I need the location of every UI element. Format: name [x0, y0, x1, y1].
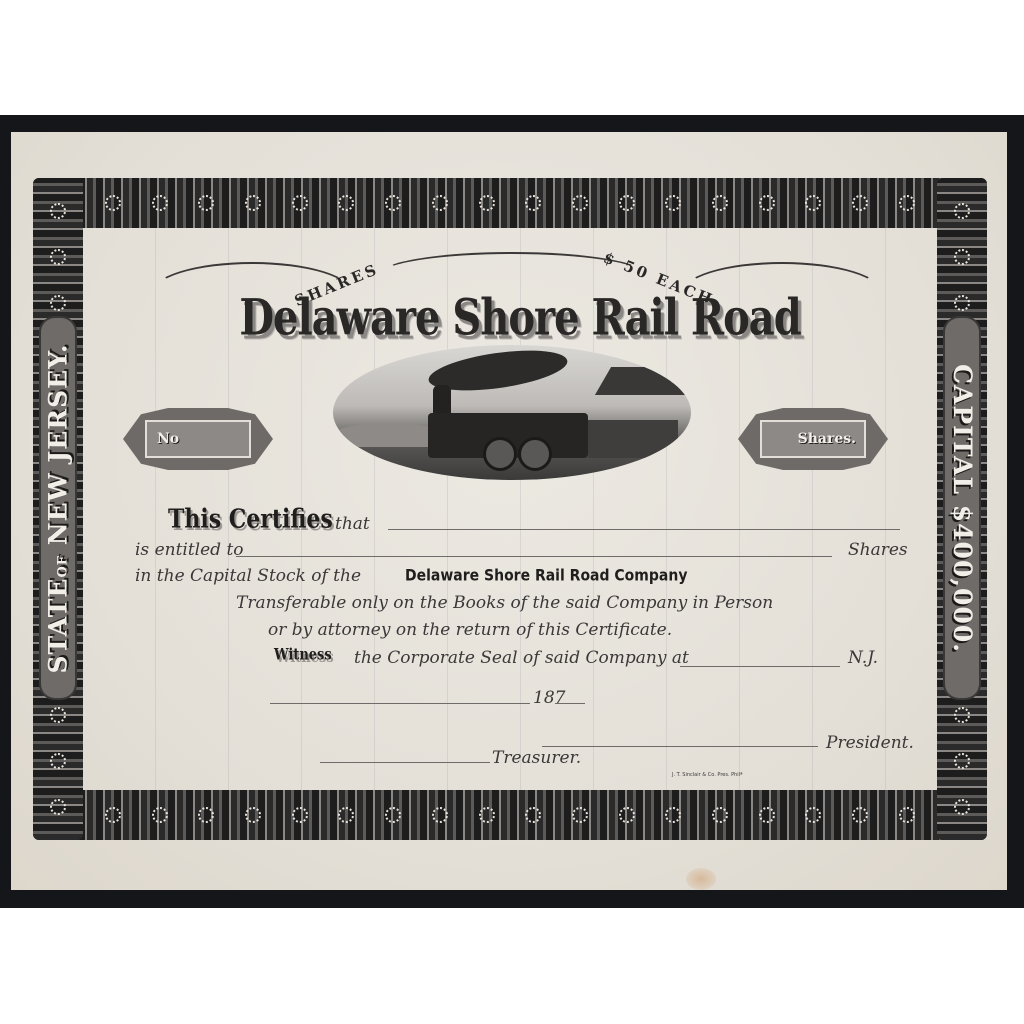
this-certifies-heading: This Certifies	[168, 503, 333, 534]
attorney-text: or by attorney on the return of this Cer…	[268, 620, 672, 640]
rosette-icon	[385, 807, 401, 823]
share-count-field[interactable]: Shares.	[760, 420, 866, 458]
rosette-icon	[899, 195, 915, 211]
paper-stain	[686, 868, 716, 890]
rosette-icon	[954, 799, 970, 815]
rosette-icon	[198, 195, 214, 211]
hills-illustration	[333, 423, 443, 447]
border-right: CAPITAL $400,000.	[937, 178, 987, 840]
rosette-row-top	[43, 178, 977, 228]
president-signature-line[interactable]	[542, 746, 818, 747]
rosette-icon	[852, 195, 868, 211]
rosette-icon	[954, 249, 970, 265]
rosette-icon	[50, 753, 66, 769]
rosette-icon	[759, 807, 775, 823]
share-count-cartouche: Shares.	[738, 398, 888, 480]
wheel-icon	[518, 437, 552, 471]
state-of-new-jersey-text: STATEOF NEW JERSEY.	[44, 343, 73, 673]
number-label: No	[157, 431, 179, 447]
state-word: STATE	[44, 577, 73, 673]
company-name-inline: Delaware Shore Rail Road Company	[405, 567, 687, 585]
border-left: STATEOF NEW JERSEY.	[33, 178, 83, 840]
passenger-car-illustration	[588, 420, 678, 458]
rosette-row-bottom	[43, 790, 977, 840]
rosette-icon	[50, 707, 66, 723]
rosette-icon	[152, 807, 168, 823]
rosette-icon	[619, 195, 635, 211]
treasurer-label: Treasurer.	[492, 748, 581, 768]
rosette-icon	[572, 195, 588, 211]
rosette-icon	[152, 195, 168, 211]
year-line[interactable]	[555, 703, 585, 704]
rosette-icon	[572, 807, 588, 823]
state-panel: STATEOF NEW JERSEY.	[41, 318, 75, 698]
rosette-icon	[432, 195, 448, 211]
city-line[interactable]	[680, 666, 840, 667]
entitled-to-text: is entitled to	[135, 540, 244, 560]
rosette-icon	[50, 799, 66, 815]
rosette-icon	[954, 707, 970, 723]
of-word: OF	[56, 554, 71, 577]
shares-word: Shares	[848, 540, 908, 560]
capital-panel: CAPITAL $400,000.	[945, 318, 979, 698]
rosette-icon	[712, 195, 728, 211]
rosette-icon	[759, 195, 775, 211]
corporate-seal-text: the Corporate Seal of said Company at	[354, 648, 689, 668]
rosette-icon	[954, 203, 970, 219]
new-jersey-word: NEW JERSEY.	[44, 343, 73, 545]
rosette-icon	[292, 195, 308, 211]
year-prefix: 187	[533, 688, 565, 708]
rosette-icon	[899, 807, 915, 823]
rosette-icon	[619, 807, 635, 823]
rosette-icon	[525, 195, 541, 211]
rosette-icon	[805, 195, 821, 211]
rosette-icon	[338, 195, 354, 211]
rosette-icon	[105, 195, 121, 211]
rosette-icon	[292, 807, 308, 823]
train-vignette	[333, 345, 691, 480]
rosette-icon	[245, 807, 261, 823]
station-roof-illustration	[595, 367, 691, 395]
border-top	[33, 178, 987, 228]
rosette-icon	[50, 249, 66, 265]
wheel-icon	[483, 437, 517, 471]
shares-cartouche-label: Shares.	[798, 431, 856, 447]
rosette-icon	[712, 807, 728, 823]
date-line[interactable]	[270, 703, 530, 704]
rosette-icon	[954, 753, 970, 769]
rosette-icon	[525, 807, 541, 823]
rosette-icon	[852, 807, 868, 823]
rosette-icon	[385, 195, 401, 211]
rosette-icon	[805, 807, 821, 823]
capital-amount-text: CAPITAL $400,000.	[948, 364, 977, 653]
certificate-number-field[interactable]: No	[145, 420, 251, 458]
rosette-icon	[954, 295, 970, 311]
rosette-icon	[198, 807, 214, 823]
treasurer-signature-line[interactable]	[320, 762, 490, 763]
state-abbreviation: N.J.	[848, 648, 878, 668]
rosette-icon	[479, 807, 495, 823]
border-bottom	[33, 790, 987, 840]
witness-heading: Witness	[274, 647, 332, 665]
rosette-icon	[245, 195, 261, 211]
rosette-icon	[479, 195, 495, 211]
rosette-icon	[665, 807, 681, 823]
rosette-icon	[338, 807, 354, 823]
president-label: President.	[826, 733, 914, 753]
transferable-text: Transferable only on the Books of the sa…	[236, 593, 773, 613]
rosette-icon	[665, 195, 681, 211]
rosette-icon	[432, 807, 448, 823]
rosette-icon	[50, 295, 66, 311]
rosette-icon	[105, 807, 121, 823]
certificate-number-cartouche: No	[123, 398, 273, 480]
capital-stock-text: in the Capital Stock of the	[135, 566, 361, 586]
rosette-icon	[50, 203, 66, 219]
share-count-line[interactable]	[236, 556, 832, 557]
holder-name-line[interactable]	[388, 529, 900, 530]
that-text: that	[335, 514, 370, 534]
engraver-imprint: J. T. Sinclair & Co. Pres. Philª	[672, 772, 742, 778]
